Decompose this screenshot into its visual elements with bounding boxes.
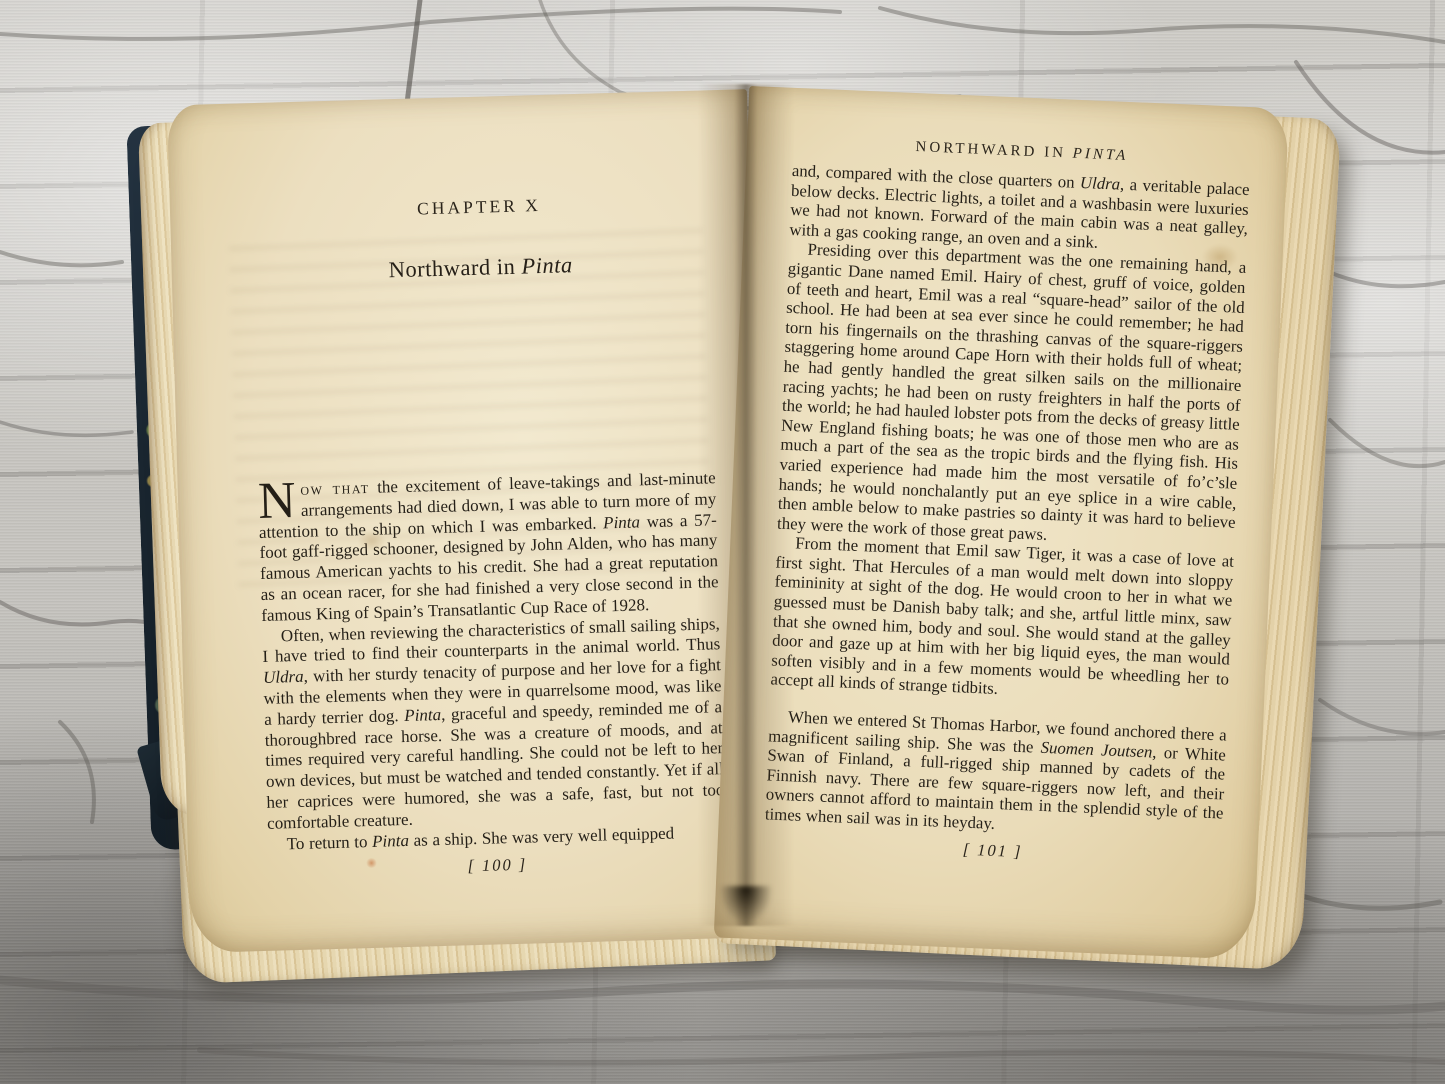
page-stain	[366, 858, 377, 868]
paragraph: When we entered St Thomas Harbor, we fou…	[765, 706, 1228, 843]
right-page-content: NORTHWARD IN PINTA and, compared with th…	[763, 134, 1251, 870]
right-page: NORTHWARD IN PINTA and, compared with th…	[714, 86, 1289, 960]
chapter-heading: CHAPTER X	[250, 190, 708, 224]
right-page-body: and, compared with the close quarters on…	[765, 161, 1250, 843]
book-gutter-shadow	[698, 84, 794, 926]
small-caps-lead: ow that	[300, 478, 370, 499]
left-page: CHAPTER X Northward in Pinta Now that th…	[167, 89, 770, 953]
book-gutter-notch	[720, 886, 772, 924]
page-stain	[1202, 244, 1238, 270]
paragraph: Often, when reviewing the characteristic…	[262, 614, 726, 835]
drop-cap-letter: N	[258, 480, 302, 520]
paragraph: Presiding over this department was the o…	[777, 239, 1247, 552]
paragraph: From the moment that Emil saw Tiger, it …	[770, 533, 1234, 709]
paragraph-opening: Now that the excitement of leave-takings…	[258, 468, 720, 626]
page-number-left: [ 100 ]	[268, 849, 726, 882]
left-page-content: CHAPTER X Northward in Pinta Now that th…	[250, 190, 727, 882]
chapter-title: Northward in Pinta	[251, 248, 710, 287]
book-photo-scene: CHAPTER X Northward in Pinta Now that th…	[0, 0, 1445, 1084]
left-page-body: Now that the excitement of leave-takings…	[258, 468, 726, 855]
page-stain	[358, 530, 386, 552]
